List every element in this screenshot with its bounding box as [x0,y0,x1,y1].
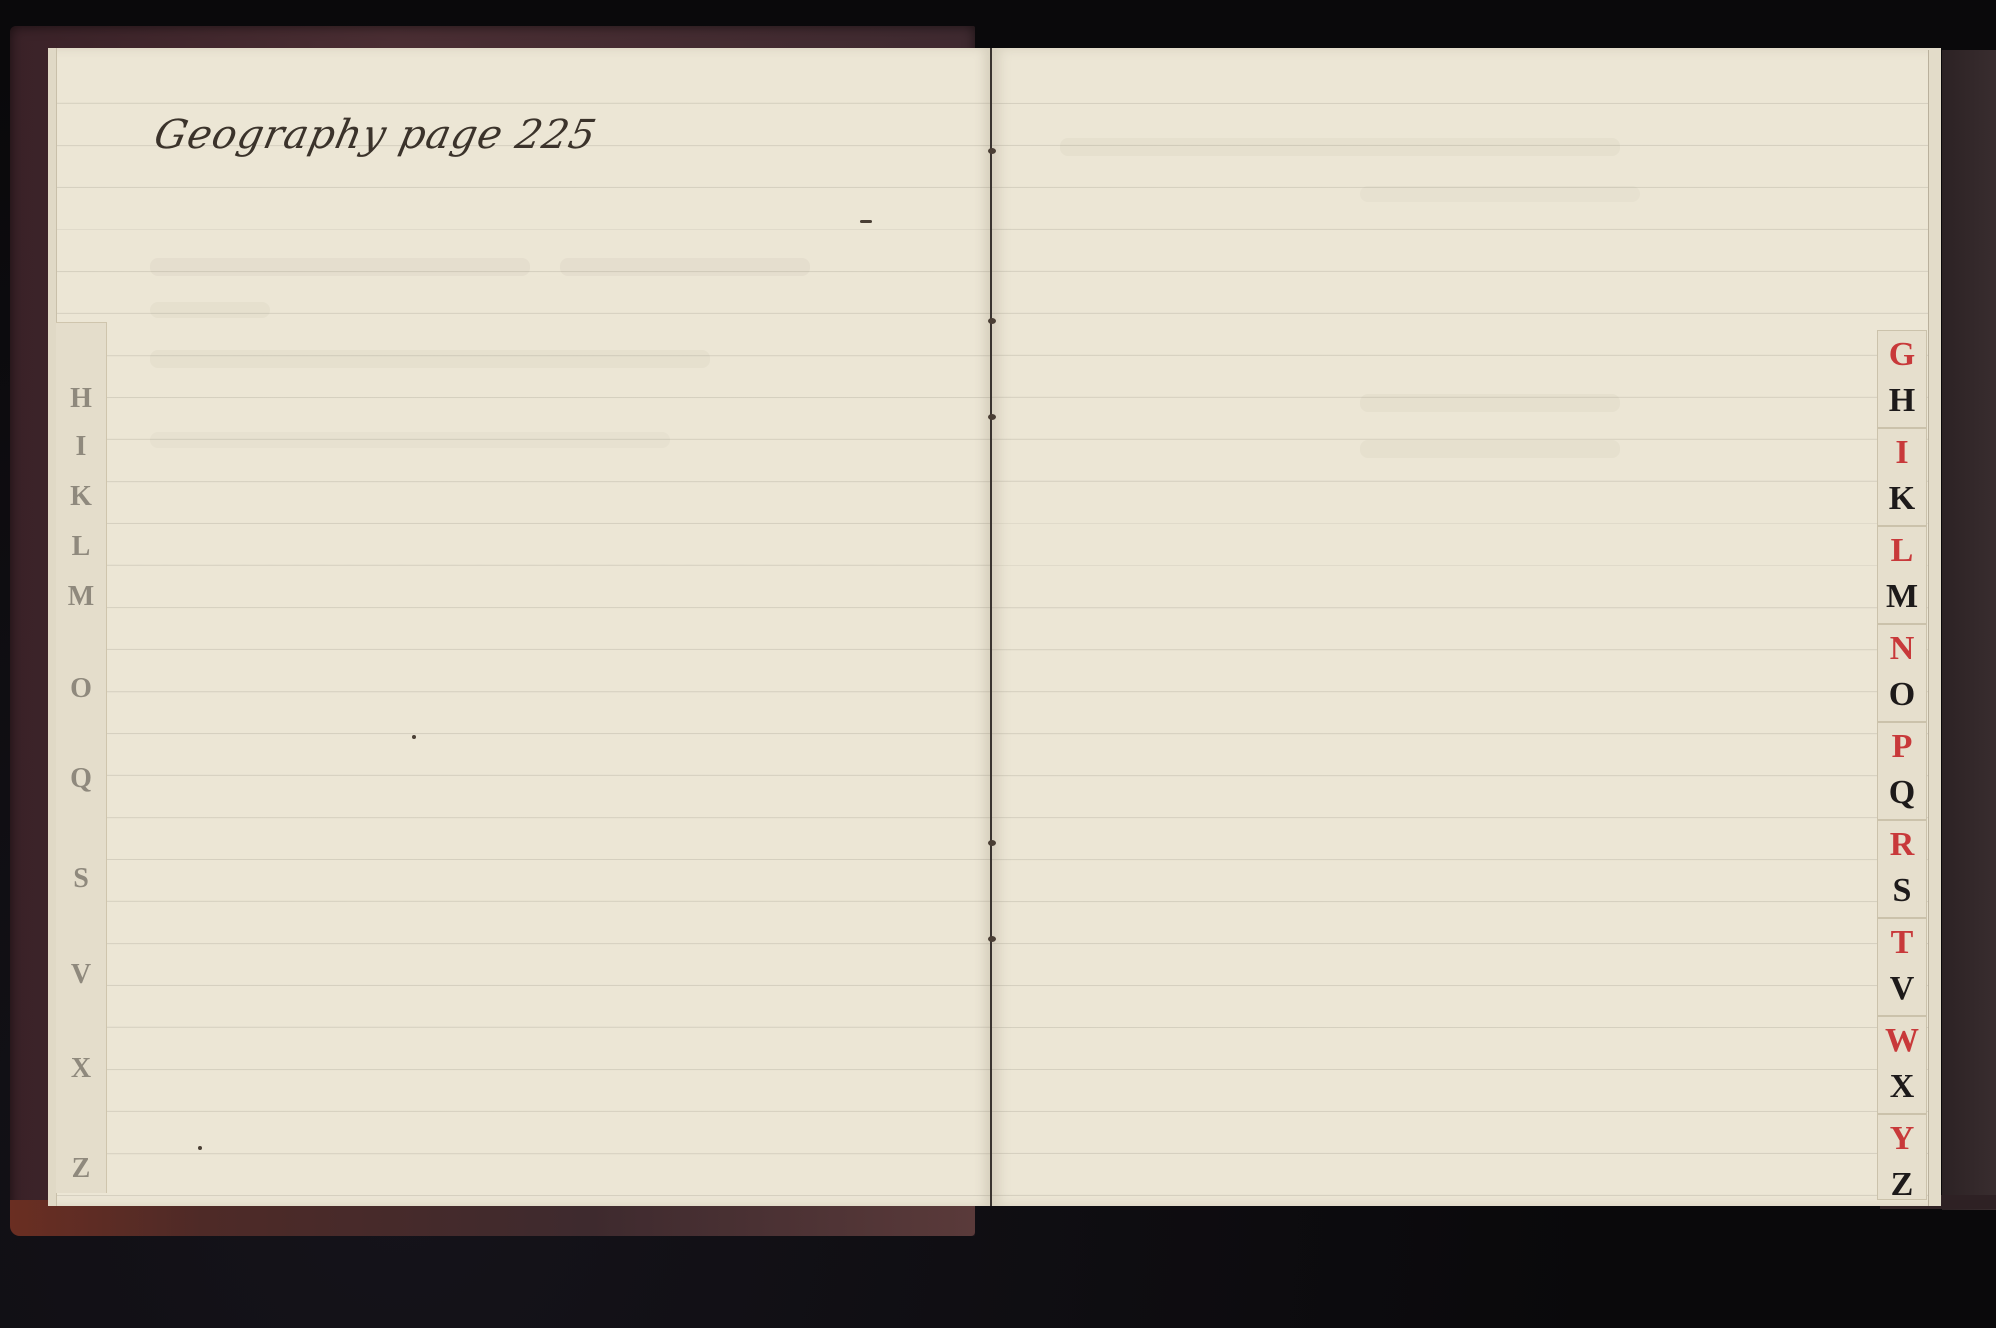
right-index-tab-strip: G H I K L M N O P Q R S T V W X Y Z [1877,330,1927,1198]
tab-letter: Y [1878,1119,1926,1159]
left-tab-letter: H [56,383,106,415]
index-tab-y-z[interactable]: Y Z [1877,1114,1927,1200]
tab-letter: T [1878,923,1926,963]
tab-letter: W [1878,1021,1926,1061]
tab-letter: R [1878,825,1926,865]
ink-speck [198,1146,202,1150]
left-tab-letter: Z [56,1153,106,1185]
left-tab-letter: O [56,673,106,705]
book-cover-right [1942,50,1996,1210]
left-tab-letter: V [56,959,106,991]
index-tab-g-h[interactable]: G H [1877,330,1927,428]
tab-letter: I [1878,433,1926,473]
show-through-mark [150,258,530,276]
show-through-mark [1360,440,1620,458]
ink-speck [412,735,416,739]
right-page-edge [1928,50,1941,1206]
binding-stitch [988,148,996,154]
tab-letter: Z [1878,1165,1926,1205]
show-through-mark [150,302,270,318]
left-page [48,48,990,1206]
index-tab-p-q[interactable]: P Q [1877,722,1927,820]
left-tab-letter: K [56,481,106,513]
show-through-mark [1060,138,1620,156]
tab-letter: M [1878,577,1926,617]
tab-letter: H [1878,381,1926,421]
left-index-tab-strip: H I K L M O Q S V X Z [56,322,107,1193]
binding-stitch [988,318,996,324]
show-through-mark [560,258,810,276]
left-tab-letter: Q [56,763,106,795]
tab-letter: X [1878,1067,1926,1107]
book-spine-gutter [990,48,992,1206]
tab-letter: P [1878,727,1926,767]
binding-stitch [988,936,996,942]
left-tab-letter: M [56,581,106,613]
left-tab-letter: L [56,531,106,563]
index-tab-w-x[interactable]: W X [1877,1016,1927,1114]
tab-letter: O [1878,675,1926,715]
left-tab-letter: X [56,1053,106,1085]
left-tab-letter: I [56,431,106,463]
show-through-mark [1360,394,1620,412]
left-tab-letter: S [56,863,106,895]
show-through-mark [1360,186,1640,202]
index-tab-l-m[interactable]: L M [1877,526,1927,624]
tab-letter: Q [1878,773,1926,813]
show-through-mark [150,432,670,448]
index-tab-i-k[interactable]: I K [1877,428,1927,526]
index-tab-r-s[interactable]: R S [1877,820,1927,918]
show-through-mark [150,350,710,368]
tab-letter: V [1878,969,1926,1009]
tab-letter: K [1878,479,1926,519]
tab-letter: N [1878,629,1926,669]
binding-stitch [988,840,996,846]
right-page [991,48,1941,1206]
handwritten-heading: Geography page 225 [150,112,601,158]
tab-letter: S [1878,871,1926,911]
index-tab-n-o[interactable]: N O [1877,624,1927,722]
binding-stitch [988,414,996,420]
tab-letter: L [1878,531,1926,571]
tab-letter: G [1878,335,1926,375]
index-tab-t-v[interactable]: T V [1877,918,1927,1016]
ink-speck [860,220,872,223]
